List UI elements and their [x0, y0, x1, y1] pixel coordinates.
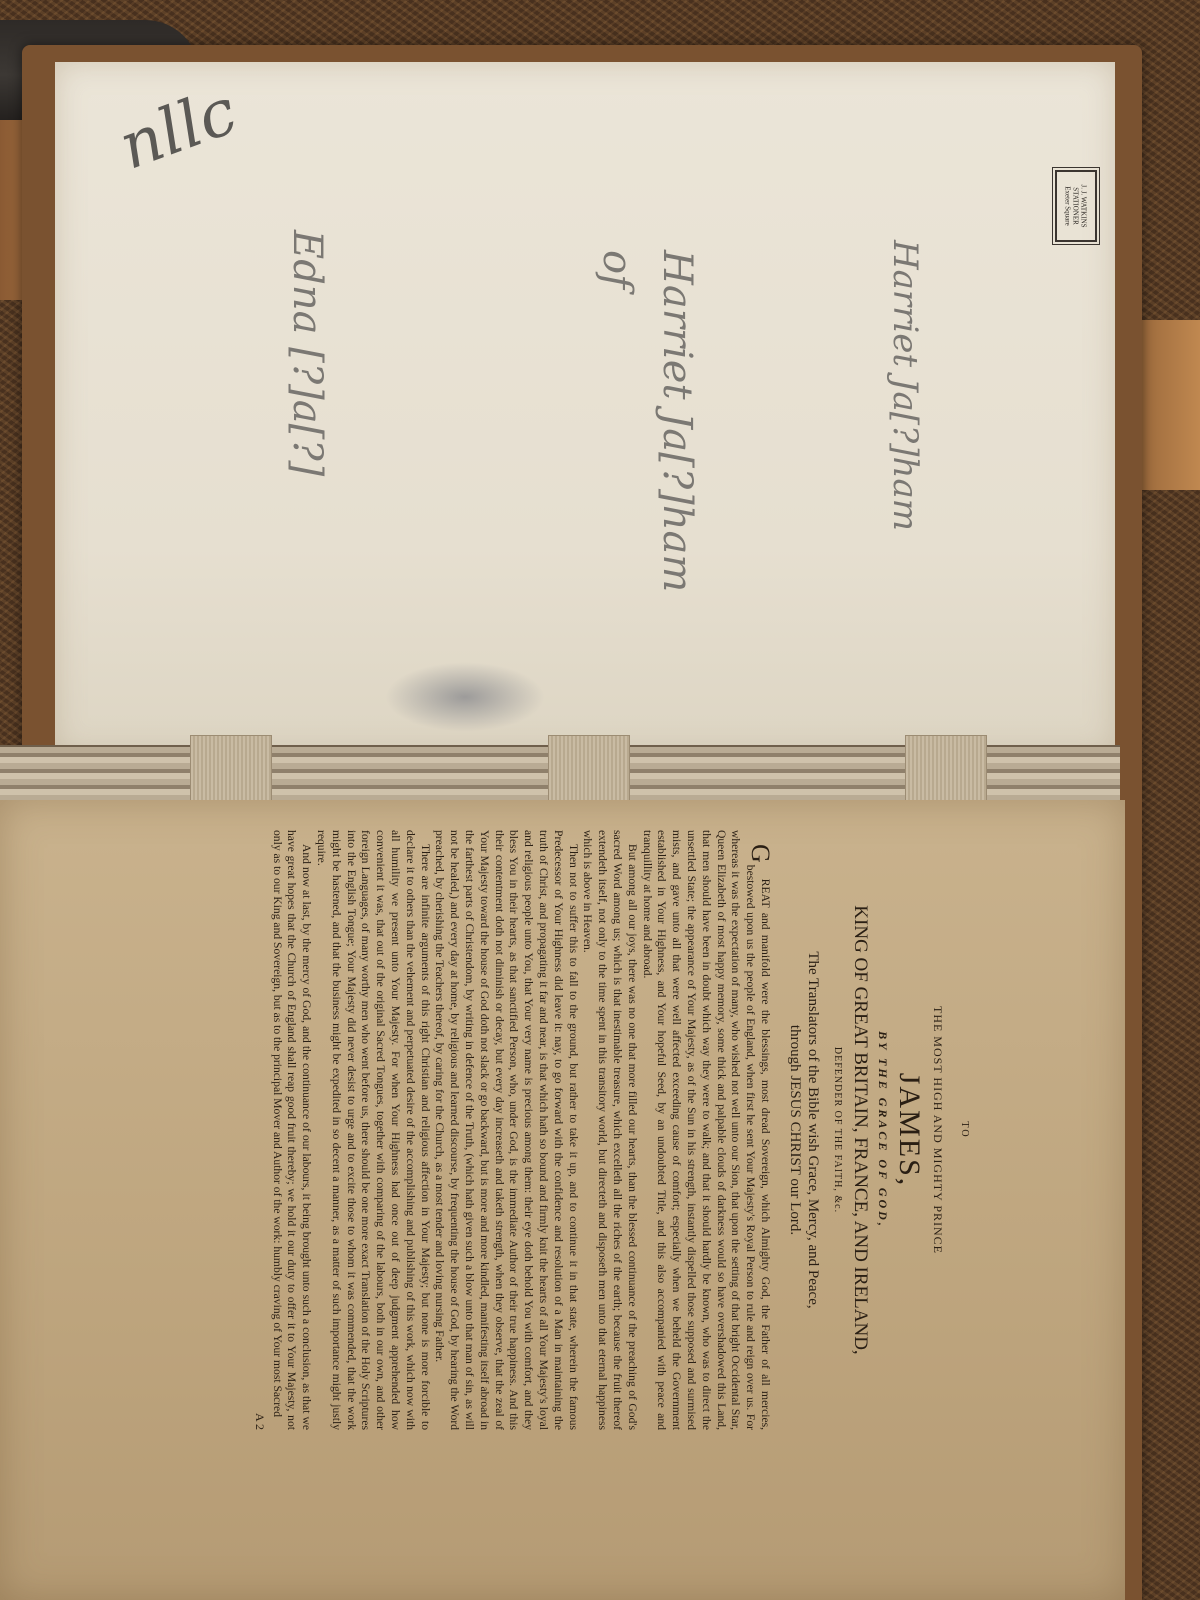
dedication-to: TO: [959, 830, 970, 1430]
dedication-text-block: TO THE MOST HIGH AND MIGHTY PRINCE JAMES…: [60, 830, 1010, 1430]
body-paragraph: And now at last, by the mercy of God, an…: [269, 830, 313, 1430]
dedication-grace-line: BY THE GRACE OF GOD,: [875, 830, 890, 1430]
stamp-line-2: STATIONER: [1072, 184, 1080, 227]
translators-line-1: The Translators of the Bible wish Grace,…: [804, 830, 822, 1430]
body-paragraph: There are infinite arguments of this rig…: [313, 830, 431, 1430]
stamp-line-3: Exeter Square: [1064, 184, 1072, 227]
pencil-inscription-1: Harriet Ja[?]ham: [885, 240, 925, 531]
dedication-name: JAMES,: [892, 830, 926, 1430]
translators-line-2: through JESUS CHRIST our Lord.: [786, 830, 804, 1430]
pencil-inscription-2: Harriet Ja[?]ham: [654, 250, 700, 592]
stamp-line-1: J. J. WATKINS: [1080, 184, 1088, 227]
dedication-defender-line: DEFENDER OF THE FAITH, &c.: [832, 830, 843, 1430]
pencil-inscription-4: Edna [?]a[?]: [284, 230, 330, 476]
body-paragraph: GREAT and manifold were the blessings, m…: [639, 830, 772, 1430]
dedication-translators: The Translators of the Bible wish Grace,…: [786, 830, 822, 1430]
signature-mark: A 2: [252, 830, 267, 1430]
dedication-king-line: KING OF GREAT BRITAIN, FRANCE, AND IRELA…: [849, 830, 871, 1430]
binder-stamp: J. J. WATKINS STATIONER Exeter Square: [1055, 170, 1097, 242]
dedication-prince-line: THE MOST HIGH AND MIGHTY PRINCE: [930, 830, 945, 1430]
body-paragraph: But among all our joys, there was no one…: [580, 830, 639, 1430]
flyleaf-page: [55, 62, 1115, 754]
wooden-object-right: [1140, 320, 1200, 490]
body-paragraph: Then not to suffer this to fall to the g…: [432, 830, 580, 1430]
pencil-inscription-3: of: [594, 250, 640, 289]
dedication-body: GREAT and manifold were the blessings, m…: [269, 830, 772, 1430]
